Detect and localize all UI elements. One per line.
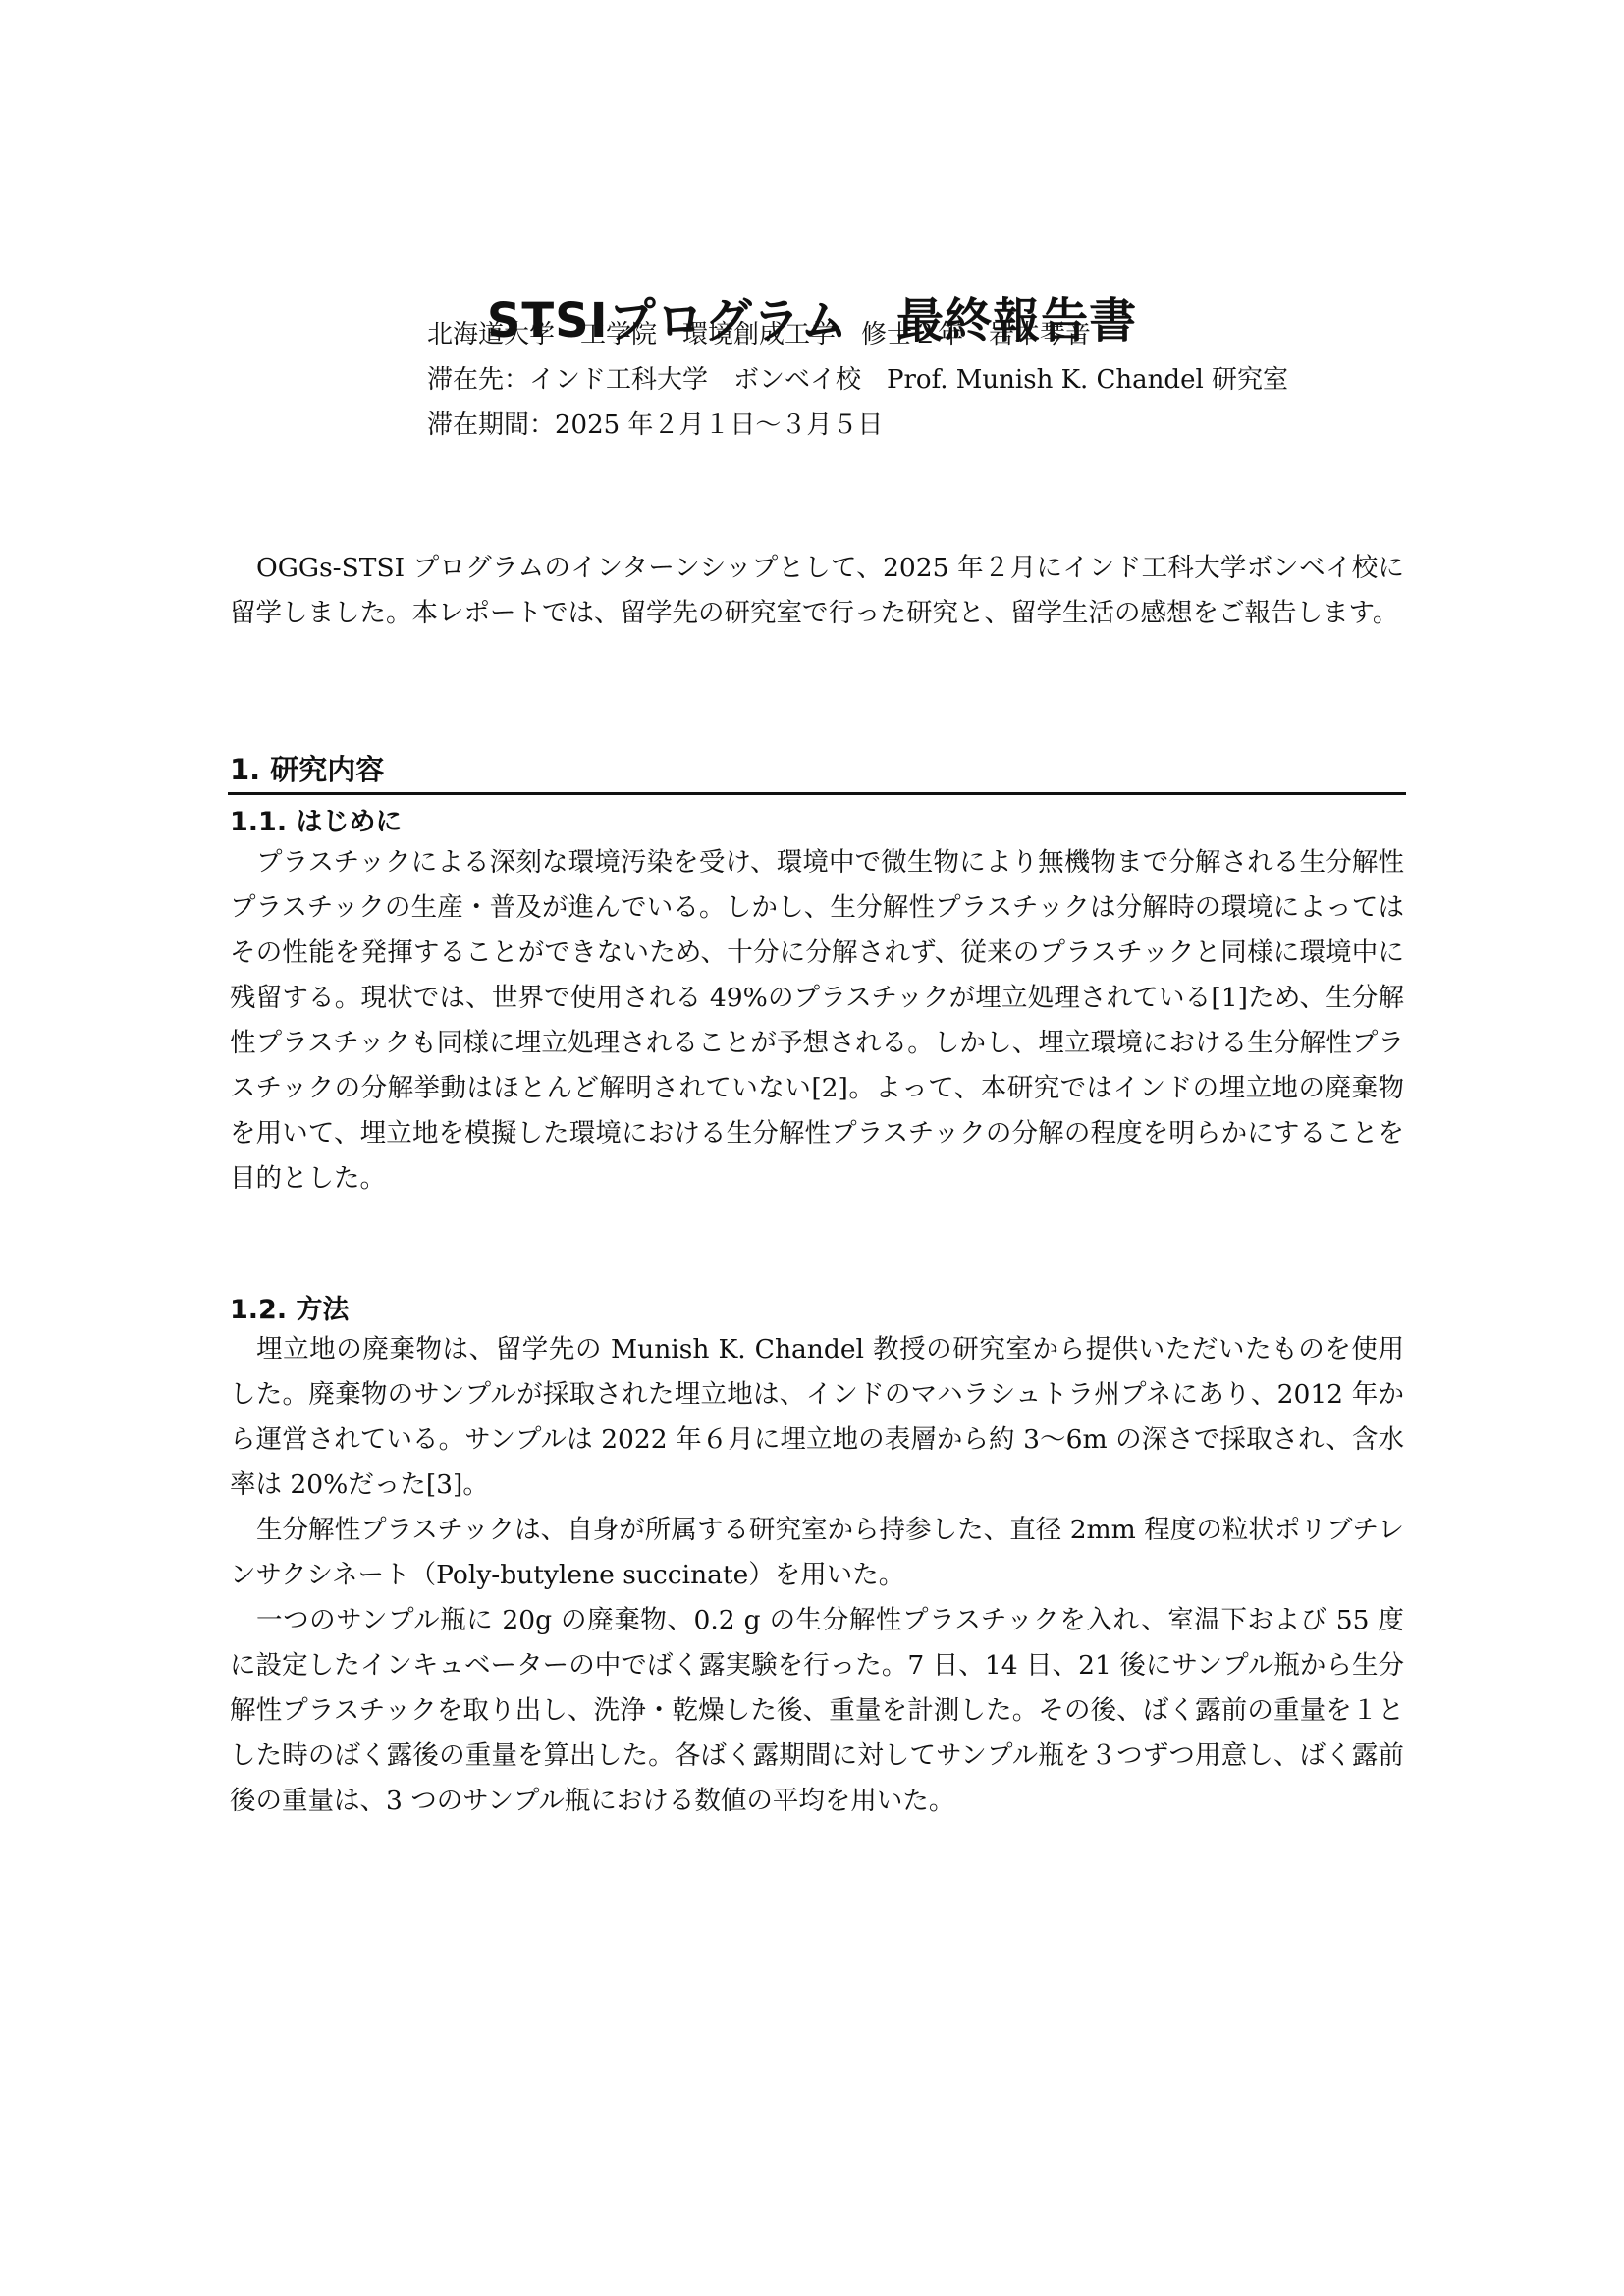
section-heading-research: 1. 研究内容: [230, 748, 384, 788]
author-info: 北海道大学 工学院 環境創成工学 修士２年 岩本琴音 滞在先：インド工科大学 ボ…: [427, 312, 1288, 448]
intro-block: OGGs-STSI プログラムのインターンシップとして、2025 年２月にインド…: [230, 546, 1404, 636]
method-paragraph: 埋立地の廃棄物は、留学先の Munish K. Chandel 教授の研究室から…: [230, 1327, 1404, 1508]
method-paragraph: 生分解性プラスチックは、自身が所属する研究室から持参した、直径 2mm 程度の粒…: [230, 1508, 1404, 1598]
introduction-block: プラスチックによる深刻な環境汚染を受け、環境中で微生物により無機物まで分解される…: [230, 840, 1404, 1201]
document-page: STSIプログラム 最終報告書 北海道大学 工学院 環境創成工学 修士２年 岩本…: [0, 0, 1624, 2296]
period-line: 滞在期間：2025 年２月１日～３月５日: [427, 402, 1288, 448]
intro-paragraph: OGGs-STSI プログラムのインターンシップとして、2025 年２月にインド…: [230, 546, 1404, 636]
method-block: 埋立地の廃棄物は、留学先の Munish K. Chandel 教授の研究室から…: [230, 1327, 1404, 1824]
author-line: 北海道大学 工学院 環境創成工学 修士２年 岩本琴音: [427, 312, 1288, 357]
section-rule: [228, 792, 1406, 795]
host-line: 滞在先：インド工科大学 ボンベイ校 Prof. Munish K. Chande…: [427, 357, 1288, 402]
subsection-heading-introduction: 1.1. はじめに: [230, 800, 403, 838]
subsection-heading-method: 1.2. 方法: [230, 1288, 350, 1326]
introduction-paragraph: プラスチックによる深刻な環境汚染を受け、環境中で微生物により無機物まで分解される…: [230, 840, 1404, 1201]
method-paragraph: 一つのサンプル瓶に 20g の廃棄物、0.2 g の生分解性プラスチックを入れ、…: [230, 1598, 1404, 1824]
